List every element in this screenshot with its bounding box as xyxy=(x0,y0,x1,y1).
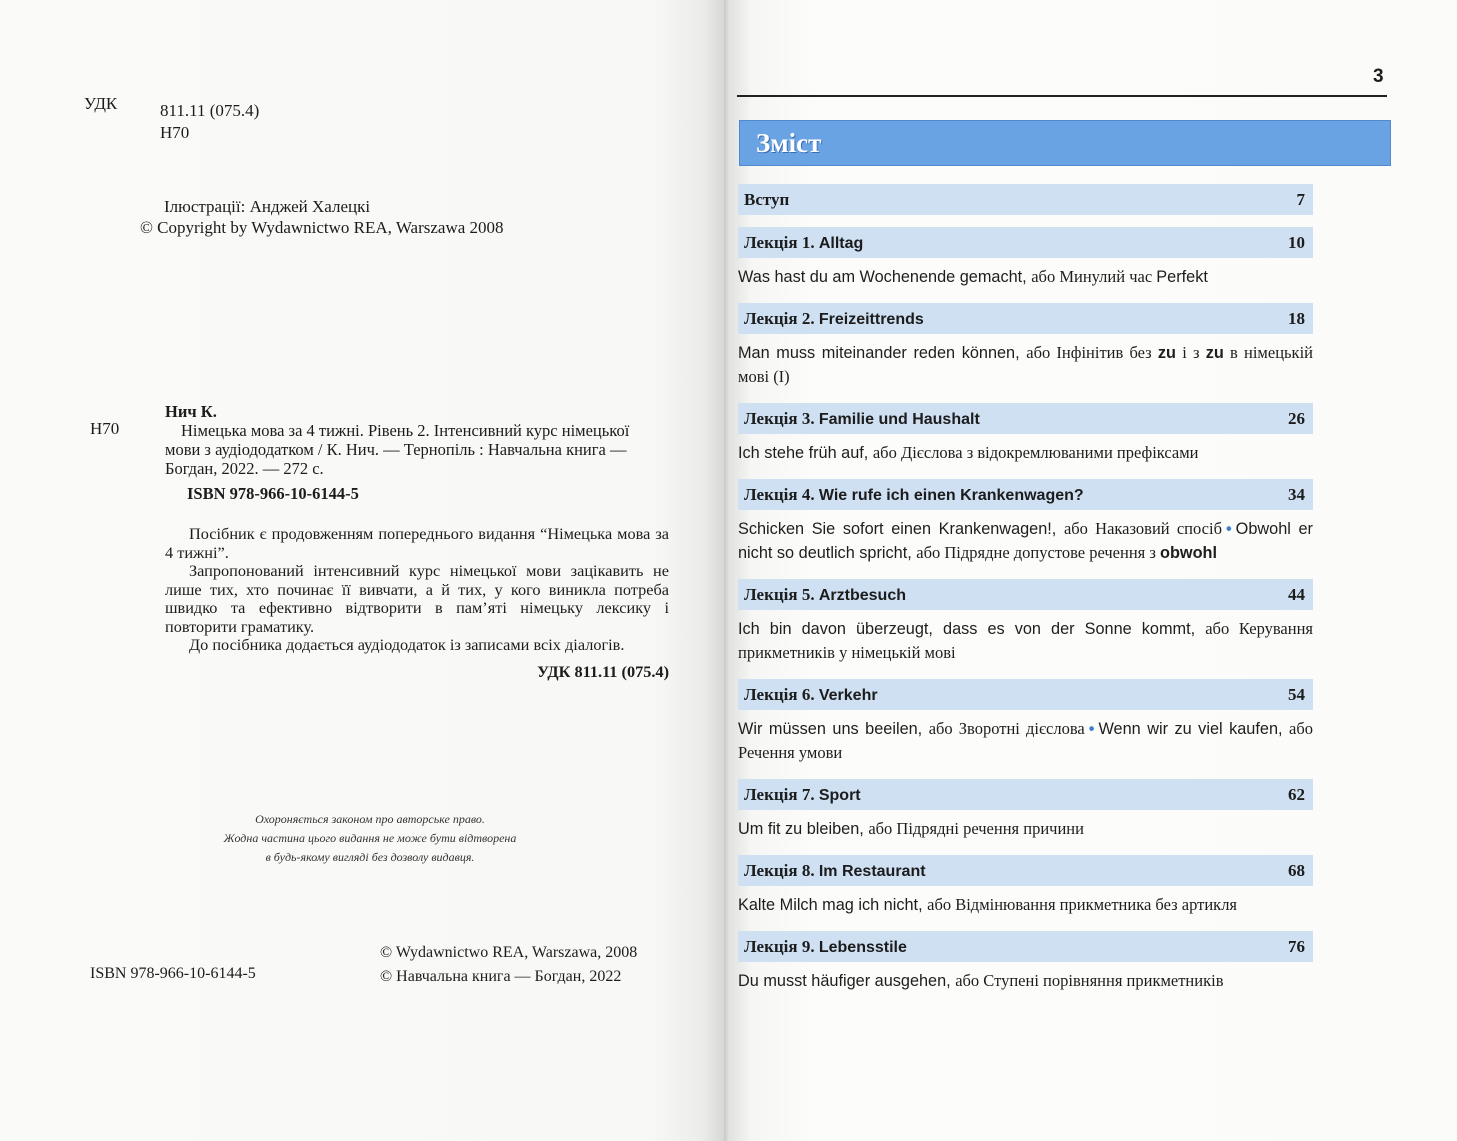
toc-title: Зміст xyxy=(756,128,821,159)
left-page: УДК 811.11 (075.4) Н70 Ілюстрації: Андже… xyxy=(0,0,724,1141)
annotation-paragraph: До посібника додається аудіододаток із з… xyxy=(165,636,669,655)
bullet-icon: • xyxy=(1222,520,1236,538)
toc-lecture-number: Лекція 9. xyxy=(744,937,819,956)
toc-lecture-topic: Verkehr xyxy=(819,687,878,704)
toc-entry-description: Schicken Sie sofort einen Krankenwagen!,… xyxy=(738,510,1313,565)
page-number: 3 xyxy=(1373,66,1384,88)
toc-entry-title: Лекція 3. Familie und Haushalt xyxy=(744,409,980,429)
table-of-contents: Вступ7Лекція 1. Alltag10Was hast du am W… xyxy=(738,184,1313,1007)
toc-lecture-number: Лекція 6. xyxy=(744,685,819,704)
toc-lecture-number: Вступ xyxy=(744,190,789,209)
toc-entry-description: Kalte Milch mag ich nicht, або Відмінюва… xyxy=(738,886,1313,917)
legal-line: в будь-якому вигляді без дозволу видавця… xyxy=(160,848,580,867)
toc-entry-description: Du musst häufiger ausgehen, або Ступені … xyxy=(738,962,1313,993)
bib-author: Нич К. xyxy=(165,402,645,421)
toc-lecture-number: Лекція 2. xyxy=(744,309,819,328)
toc-lecture-topic: Sport xyxy=(819,787,861,804)
toc-entry-row[interactable]: Лекція 2. Freizeittrends18 xyxy=(738,303,1313,334)
toc-entry-description: Um fit zu bleiben, або Підрядні речення … xyxy=(738,810,1313,841)
udk-code-block: 811.11 (075.4) Н70 xyxy=(160,100,259,144)
toc-entry-title: Лекція 9. Lebensstile xyxy=(744,937,907,957)
bib-description: Німецька мова за 4 тижні. Рівень 2. Інте… xyxy=(165,421,645,478)
annotation-paragraph: Запропонований інтенсивний курс німецько… xyxy=(165,562,669,636)
annotation-paragraph: Посібник є продовженням попереднього вид… xyxy=(165,525,669,562)
legal-line: Жодна частина цього видання не може бути… xyxy=(160,829,580,848)
isbn-bottom: ISBN 978-966-10-6144-5 xyxy=(90,965,256,983)
toc-lecture-number: Лекція 7. xyxy=(744,785,819,804)
toc-entry-row[interactable]: Лекція 7. Sport62 xyxy=(738,779,1313,810)
toc-lecture-number: Лекція 1. xyxy=(744,233,819,252)
annotation-udk: УДК 811.11 (075.4) xyxy=(165,663,669,682)
toc-entry-row[interactable]: Лекція 6. Verkehr54 xyxy=(738,679,1313,710)
toc-page-number: 18 xyxy=(1288,309,1305,329)
copyright-original: © Copyright by Wydawnictwo REA, Warszawa… xyxy=(140,217,504,238)
bibliographic-entry: Нич К. Німецька мова за 4 тижні. Рівень … xyxy=(165,402,645,503)
toc-lecture-number: Лекція 3. xyxy=(744,409,819,428)
toc-entry-title: Лекція 5. Arztbesuch xyxy=(744,585,906,605)
toc-entry-description: Ich stehe früh auf, або Дієслова з відок… xyxy=(738,434,1313,465)
copyright-line: © Навчальна книга — Богдан, 2022 xyxy=(380,965,637,989)
toc-entry-row[interactable]: Лекція 4. Wie rufe ich einen Krankenwage… xyxy=(738,479,1313,510)
legal-line: Охороняється законом про авторське право… xyxy=(160,810,580,829)
toc-entry-description: Ich bin davon überzeugt, dass es von der… xyxy=(738,610,1313,665)
credits: Ілюстрації: Анджей Халецкі © Copyright b… xyxy=(140,196,504,238)
toc-page-number: 62 xyxy=(1288,785,1305,805)
copyrights: © Wydawnictwo REA, Warszawa, 2008 © Навч… xyxy=(380,941,637,989)
toc-entry-title: Лекція 6. Verkehr xyxy=(744,685,878,705)
toc-lecture-number: Лекція 8. xyxy=(744,861,819,880)
toc-entry-title: Вступ xyxy=(744,190,789,210)
toc-lecture-topic: Im Restaurant xyxy=(819,863,926,880)
toc-entry-description: Wir müssen uns beeilen, або Зворотні діє… xyxy=(738,710,1313,765)
annotation: Посібник є продовженням попереднього вид… xyxy=(165,525,669,681)
toc-entry-row[interactable]: Лекція 9. Lebensstile76 xyxy=(738,931,1313,962)
toc-entry-row[interactable]: Лекція 3. Familie und Haushalt26 xyxy=(738,403,1313,434)
udk-label: УДК xyxy=(84,94,117,114)
toc-page-number: 54 xyxy=(1288,685,1305,705)
toc-entry-title: Лекція 8. Im Restaurant xyxy=(744,861,926,881)
bullet-icon: • xyxy=(1085,720,1099,738)
author-mark: Н70 xyxy=(160,122,259,144)
toc-lecture-topic: Freizeittrends xyxy=(819,311,924,328)
toc-title-band: Зміст xyxy=(739,120,1391,166)
copyright-line: © Wydawnictwo REA, Warszawa, 2008 xyxy=(380,941,637,965)
toc-entry-row[interactable]: Лекція 8. Im Restaurant68 xyxy=(738,855,1313,886)
toc-lecture-topic: Arztbesuch xyxy=(819,587,906,604)
toc-lecture-number: Лекція 5. xyxy=(744,585,819,604)
toc-entry-row[interactable]: Лекція 1. Alltag10 xyxy=(738,227,1313,258)
toc-entry-row[interactable]: Вступ7 xyxy=(738,184,1313,215)
toc-entry-row[interactable]: Лекція 5. Arztbesuch44 xyxy=(738,579,1313,610)
toc-lecture-topic: Alltag xyxy=(819,235,863,252)
toc-page-number: 10 xyxy=(1288,233,1305,253)
toc-page-number: 76 xyxy=(1288,937,1305,957)
toc-page-number: 26 xyxy=(1288,409,1305,429)
legal-notice: Охороняється законом про авторське право… xyxy=(160,810,580,867)
toc-entry-title: Лекція 4. Wie rufe ich einen Krankenwage… xyxy=(744,485,1084,505)
toc-lecture-topic: Wie rufe ich einen Krankenwagen? xyxy=(819,487,1084,504)
toc-page-number: 7 xyxy=(1297,190,1306,210)
toc-page-number: 44 xyxy=(1288,585,1305,605)
toc-entry-description: Man muss miteinander reden können, або І… xyxy=(738,334,1313,389)
toc-entry-title: Лекція 7. Sport xyxy=(744,785,861,805)
toc-lecture-number: Лекція 4. xyxy=(744,485,819,504)
toc-lecture-topic: Familie und Haushalt xyxy=(819,411,980,428)
bib-mark: Н70 xyxy=(90,419,119,439)
toc-entry-title: Лекція 2. Freizeittrends xyxy=(744,309,924,329)
header-rule xyxy=(737,95,1387,97)
toc-entry-description: Was hast du am Wochenende gemacht, або М… xyxy=(738,258,1313,289)
illustrations-credit: Ілюстрації: Анджей Халецкі xyxy=(140,196,504,217)
toc-page-number: 34 xyxy=(1288,485,1305,505)
toc-entry-title: Лекція 1. Alltag xyxy=(744,233,863,253)
udk-code: 811.11 (075.4) xyxy=(160,100,259,122)
toc-page-number: 68 xyxy=(1288,861,1305,881)
toc-lecture-topic: Lebensstile xyxy=(819,939,907,956)
bib-isbn: ISBN 978-966-10-6144-5 xyxy=(165,484,645,503)
